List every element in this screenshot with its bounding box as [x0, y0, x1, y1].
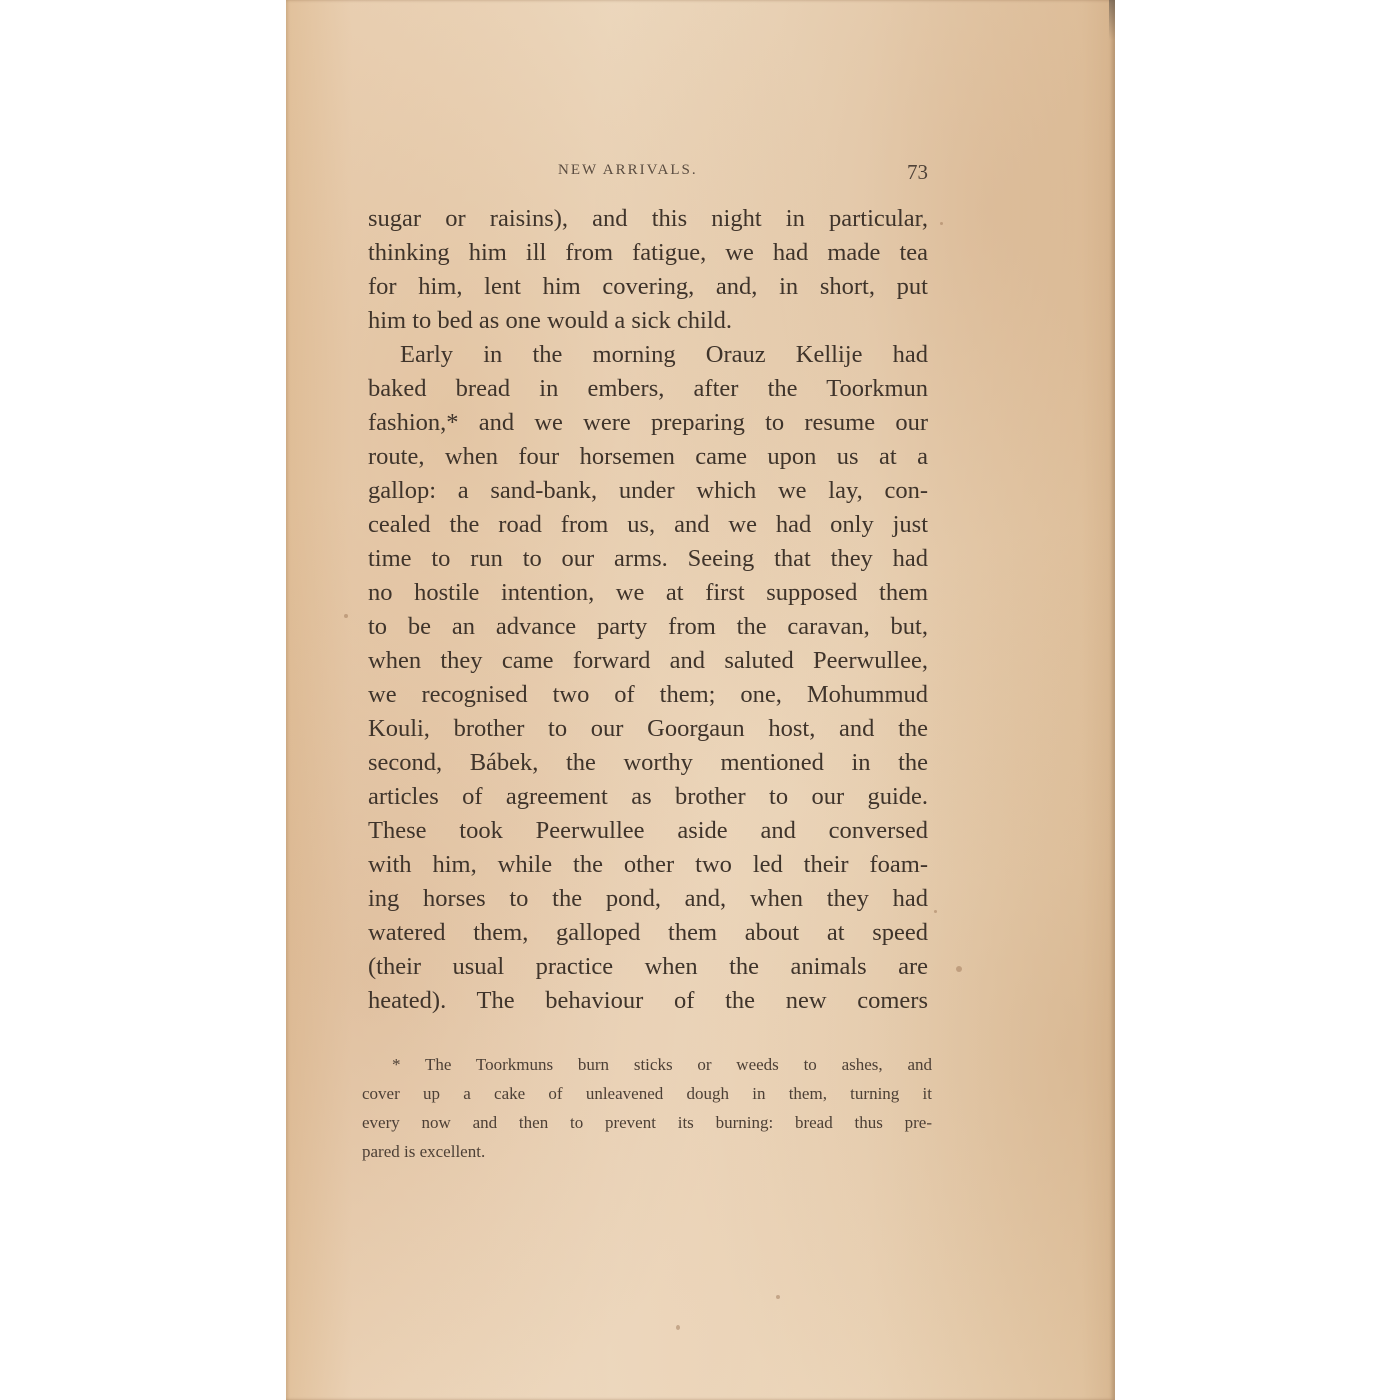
- body-line: thinking him ill from fatigue, we had ma…: [368, 236, 928, 270]
- body-line: Early in the morning Orauz Kellije had: [368, 338, 928, 372]
- body-line: second, Bábek, the worthy mentioned in t…: [368, 746, 928, 780]
- running-header: NEW ARRIVALS. 73: [368, 162, 928, 186]
- paper-speck: [934, 910, 937, 913]
- body-line: These took Peerwullee aside and converse…: [368, 814, 928, 848]
- body-line: Kouli, brother to our Goorgaun host, and…: [368, 712, 928, 746]
- body-line: fashion,* and we were preparing to resum…: [368, 406, 928, 440]
- paper-speck: [776, 1295, 780, 1299]
- book-page-scan: NEW ARRIVALS. 73 sugar or raisins), and …: [286, 0, 1115, 1400]
- paper-speck: [676, 1325, 680, 1330]
- body-line: (their usual practice when the animals a…: [368, 950, 928, 984]
- body-line: him to bed as one would a sick child.: [368, 304, 928, 338]
- body-line: for him, lent him covering, and, in shor…: [368, 270, 928, 304]
- body-line: heated). The behaviour of the new comers: [368, 984, 928, 1018]
- footnote-line: cover up a cake of unleavened dough in t…: [362, 1079, 932, 1108]
- body-line: when they came forward and saluted Peerw…: [368, 644, 928, 678]
- body-line: time to run to our arms. Seeing that the…: [368, 542, 928, 576]
- body-line: to be an advance party from the caravan,…: [368, 610, 928, 644]
- footnote-line: every now and then to prevent its burnin…: [362, 1108, 932, 1137]
- running-title: NEW ARRIVALS.: [558, 162, 698, 179]
- body-line: watered them, galloped them about at spe…: [368, 916, 928, 950]
- footnote-line: pared is excellent.: [362, 1137, 932, 1166]
- body-line: articles of agreement as brother to our …: [368, 780, 928, 814]
- paper-speck: [940, 222, 943, 225]
- paper-speck: [956, 966, 962, 972]
- paper-speck: [344, 614, 348, 618]
- page-number: 73: [907, 160, 928, 185]
- footnote-line: * The Toorkmuns burn sticks or weeds to …: [362, 1050, 932, 1079]
- body-line: cealed the road from us, and we had only…: [368, 508, 928, 542]
- body-line: no hostile intention, we at first suppos…: [368, 576, 928, 610]
- body-line: gallop: a sand-bank, under which we lay,…: [368, 474, 928, 508]
- body-line: baked bread in embers, after the Toorkmu…: [368, 372, 928, 406]
- body-line: ing horses to the pond, and, when they h…: [368, 882, 928, 916]
- body-line: sugar or raisins), and this night in par…: [368, 202, 928, 236]
- body-line: with him, while the other two led their …: [368, 848, 928, 882]
- body-line: we recognised two of them; one, Mohummud: [368, 678, 928, 712]
- body-line: route, when four horsemen came upon us a…: [368, 440, 928, 474]
